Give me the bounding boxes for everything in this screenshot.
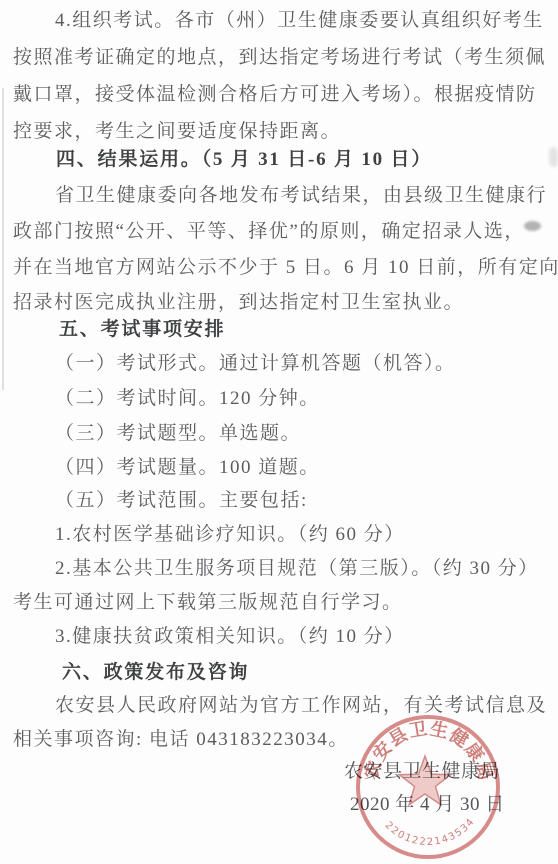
text-line: 政部门按照“公开、平等、择优”的原则，确定招录人选， — [13, 221, 525, 243]
text-line: 省卫生健康委向各地发布考试结果，由县级卫生健康行 — [55, 185, 547, 207]
list-item: （二）考试时间。120 分钟。 — [55, 388, 320, 410]
list-item: （一）考试形式。通过计算机答题（机答）。 — [55, 353, 456, 375]
list-item: （四）考试题量。100 道题。 — [55, 457, 320, 479]
section-heading-exam-arrangement: 五、考试事项安排 — [59, 319, 225, 341]
scan-artifact-right-smudge — [549, 147, 558, 167]
seal-star-icon — [399, 756, 450, 805]
official-seal: 农安县卫生健康局 2201222143534 — [348, 707, 508, 864]
text-line: 戴口罩，接受体温检测合格后方可进入考场）。根据疫情防 — [13, 84, 537, 106]
section-heading-policy-consult: 六、政策发布及咨询 — [62, 662, 249, 684]
text-line: 考生可通过网上下载第三版规范自行学习。 — [13, 592, 403, 614]
scan-artifact-left-edge-line — [2, 88, 4, 390]
text-line: 控要求，考生之间要适度保持距离。 — [13, 121, 341, 143]
section-heading-results: 四、结果运用。（5 月 31 日-6 月 10 日） — [56, 149, 432, 171]
list-item: 3.健康扶贫政策相关知识。（约 10 分） — [55, 626, 405, 648]
list-item: 2.基本公共卫生服务项目规范（第三版）。（约 30 分） — [55, 558, 539, 580]
seal-serial-arc-text: 2201222143534 — [383, 816, 478, 848]
text-line: 按照准考证确定的地点，到达指定考场进行考试（考生须佩 — [13, 47, 546, 69]
text-line: 招录村医完成执业注册，到达指定村卫生室执业。 — [13, 292, 464, 314]
list-item: （三）考试题型。单选题。 — [55, 423, 301, 445]
svg-text:2201222143534: 2201222143534 — [383, 816, 478, 848]
list-item: 1.农村医学基础诊疗知识。（约 60 分） — [55, 524, 405, 546]
contact-phone-line: 相关事项咨询: 电话 043183223034。 — [13, 729, 349, 751]
scan-artifact-gray-dot — [524, 221, 541, 231]
list-item: （五）考试范围。主要包括: — [55, 490, 308, 512]
text-line: 4.组织考试。各市（州）卫生健康委要认真组织好考生 — [55, 10, 544, 32]
text-line: 并在当地官方网站公示不少于 5 日。6 月 10 日前，所有定向 — [13, 257, 558, 279]
scanned-document-page: 4.组织考试。各市（州）卫生健康委要认真组织好考生 按照准考证确定的地点，到达指… — [0, 0, 558, 864]
